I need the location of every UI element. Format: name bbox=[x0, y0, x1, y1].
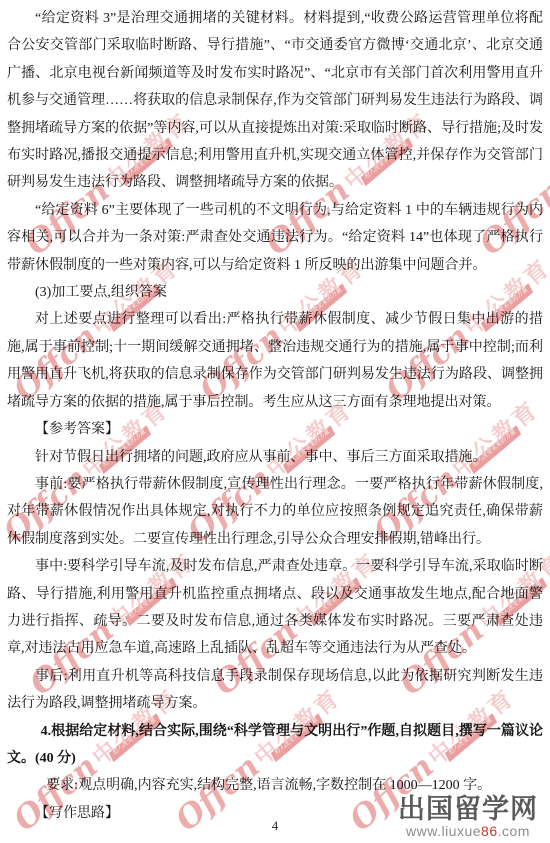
paragraph-5: 【参考答案】 bbox=[7, 416, 543, 443]
site-url: www.liuxue86.com bbox=[398, 824, 538, 839]
document-body: “给定资料 3”是治理交通拥堵的关键材料。材料提到,“收费公路运营管理单位将配合… bbox=[7, 5, 543, 827]
paragraph-9: 事后:利用直升机等高科技信息手段录制保存现场信息,以此为依据研究判断发生违法行为… bbox=[7, 663, 543, 718]
site-url-highlight: 86 bbox=[481, 823, 498, 839]
liuxue86-logo: 出国留学网 www.liuxue86.com bbox=[398, 796, 538, 839]
paragraph-8: 事中:要科学引导车流,及时发布信息,严肃查处违章。一要科学引导车流,采取临时断路… bbox=[7, 553, 543, 663]
paragraph-10: 4.根据给定材料,结合实际,围绕“科学管理与文明出行”作题,自拟题目,撰写一篇议… bbox=[7, 718, 543, 773]
paragraph-3: (3)加工要点,组织答案 bbox=[7, 279, 543, 306]
site-url-prefix: www.liuxue bbox=[406, 823, 481, 839]
site-name: 出国留学网 bbox=[398, 796, 538, 823]
paragraph-1: “给定资料 3”是治理交通拥堵的关键材料。材料提到,“收费公路运营管理单位将配合… bbox=[7, 5, 543, 197]
document-page: Offcn中公教育给人改变未来的力量Offcn中公教育给人改变未来的力量Offc… bbox=[0, 0, 550, 843]
paragraph-6: 针对节假日出行拥堵的问题,政府应从事前、事中、事后三方面采取措施。 bbox=[7, 444, 543, 471]
paragraph-7: 事前:要严格执行带薪休假制度,宣传理性出行理念。一要严格执行年带薪休假制度,对年… bbox=[7, 471, 543, 553]
site-url-suffix: .com bbox=[498, 823, 530, 839]
paragraph-4: 对上述要点进行整理可以看出:严格执行带薪休假制度、减少节假日集中出游的措施,属于… bbox=[7, 306, 543, 416]
paragraph-2: “给定资料 6”主要体现了一些司机的不文明行为,与给定资料 1 中的车辆违规行为… bbox=[7, 197, 543, 279]
